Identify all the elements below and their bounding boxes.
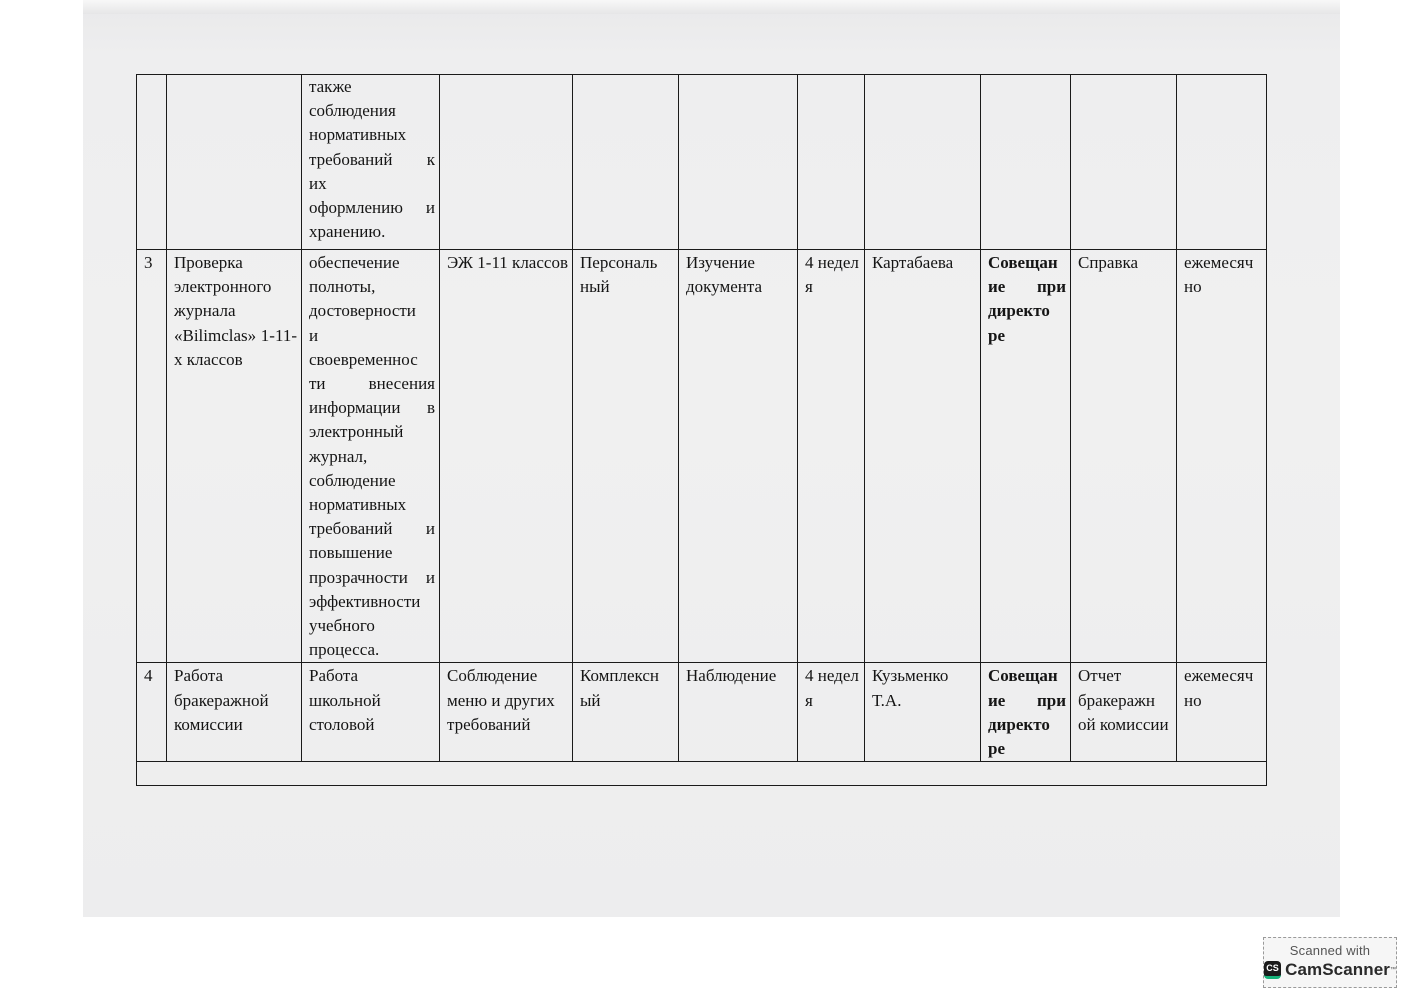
cell-number <box>137 75 167 250</box>
goal-text-line: электронный <box>309 420 435 444</box>
goal-text-line: информации в <box>309 396 435 420</box>
goal-text-line: Работа <box>309 664 435 688</box>
cell-timing <box>798 75 865 250</box>
cell-number: 4 <box>137 663 167 762</box>
goal-text-line: требований к <box>309 148 435 172</box>
goal-text-line: соблюдение <box>309 469 435 493</box>
goal-text-line: достоверности <box>309 299 435 323</box>
table-row: 3 Проверка электронного журнала «Bilimcl… <box>137 250 1267 663</box>
cell-result-form <box>1071 75 1177 250</box>
cell-goal: такжесоблюдениянормативныхтребований ких… <box>302 75 440 250</box>
goal-text-line: столовой <box>309 713 435 737</box>
cell-method <box>679 75 798 250</box>
cell-result-form: Справка <box>1071 250 1177 663</box>
cell-object: ЭЖ 1-11 классов <box>440 250 573 663</box>
goal-text-line: обеспечение <box>309 251 435 275</box>
cell-number: 3 <box>137 250 167 663</box>
watermark-caption: Scanned with <box>1264 943 1396 958</box>
goal-text-line: соблюдения <box>309 99 435 123</box>
cell-object <box>440 75 573 250</box>
table-row: 4 Работа бракеражной комиссии Работашкол… <box>137 663 1267 762</box>
goal-text-line: также <box>309 75 435 99</box>
goal-text-line: нормативных <box>309 123 435 147</box>
goal-text-line: процесса. <box>309 638 435 662</box>
goal-text-line: хранению. <box>309 220 435 244</box>
page-edge-shadow <box>83 0 1340 14</box>
cell-goal: обеспечениеполноты,достоверностиисвоевре… <box>302 250 440 663</box>
cell-topic: Работа бракеражной комиссии <box>167 663 302 762</box>
goal-text-line: школьной <box>309 689 435 713</box>
cell-where-reviewed <box>981 75 1071 250</box>
goal-text-line: прозрачности и <box>309 566 435 590</box>
table-row-continuation: такжесоблюдениянормативныхтребований ких… <box>137 75 1267 250</box>
goal-text-line: повышение <box>309 541 435 565</box>
cell-method: Изучение документа <box>679 250 798 663</box>
watermark-brand: CamScanner <box>1285 960 1390 980</box>
cell-responsible: Кузьменко Т.А. <box>865 663 981 762</box>
camscanner-watermark: Scanned with CS CamScanner™ <box>1263 937 1397 988</box>
cell-result-form: Отчет бракеражн ой комиссии <box>1071 663 1177 762</box>
cell-method: Наблюдение <box>679 663 798 762</box>
cell-timing: 4 недел я <box>798 663 865 762</box>
goal-text-line: их <box>309 172 435 196</box>
cell-object: Соблюдение меню и других требований <box>440 663 573 762</box>
cell-periodicity: ежемесяч но <box>1177 250 1267 663</box>
goal-text-line: требований и <box>309 517 435 541</box>
camscanner-logo-icon: CS <box>1264 961 1281 979</box>
cell-periodicity <box>1177 75 1267 250</box>
cell-kind: Персональ ный <box>573 250 679 663</box>
goal-text-line: полноты, <box>309 275 435 299</box>
cell-responsible <box>865 75 981 250</box>
goal-text-line: своевременнос <box>309 348 435 372</box>
cell-where-reviewed: Совещан ие при директо ре <box>981 663 1071 762</box>
goal-text-line: учебного <box>309 614 435 638</box>
goal-text-line: ти внесения <box>309 372 435 396</box>
cell-kind <box>573 75 679 250</box>
cell-kind: Комплексн ый <box>573 663 679 762</box>
trademark-symbol: ™ <box>1390 967 1396 973</box>
goal-text-line: журнал, <box>309 445 435 469</box>
cell-responsible: Картабаева <box>865 250 981 663</box>
cell-timing: 4 недел я <box>798 250 865 663</box>
goal-text-line: и <box>309 324 435 348</box>
cell-empty <box>137 762 1267 786</box>
goal-text-line: эффективности <box>309 590 435 614</box>
goal-text-line: нормативных <box>309 493 435 517</box>
cell-goal: Работашкольнойстоловой <box>302 663 440 762</box>
cell-topic <box>167 75 302 250</box>
table-row-empty <box>137 762 1267 786</box>
cell-periodicity: ежемесяч но <box>1177 663 1267 762</box>
watermark-brand-row: CS CamScanner™ <box>1264 960 1396 980</box>
cell-where-reviewed: Совещан ие при директо ре <box>981 250 1071 663</box>
control-plan-table: такжесоблюдениянормативныхтребований ких… <box>136 74 1267 786</box>
goal-text-line: оформлению и <box>309 196 435 220</box>
cell-topic: Проверка электронного журнала «Bilimclas… <box>167 250 302 663</box>
